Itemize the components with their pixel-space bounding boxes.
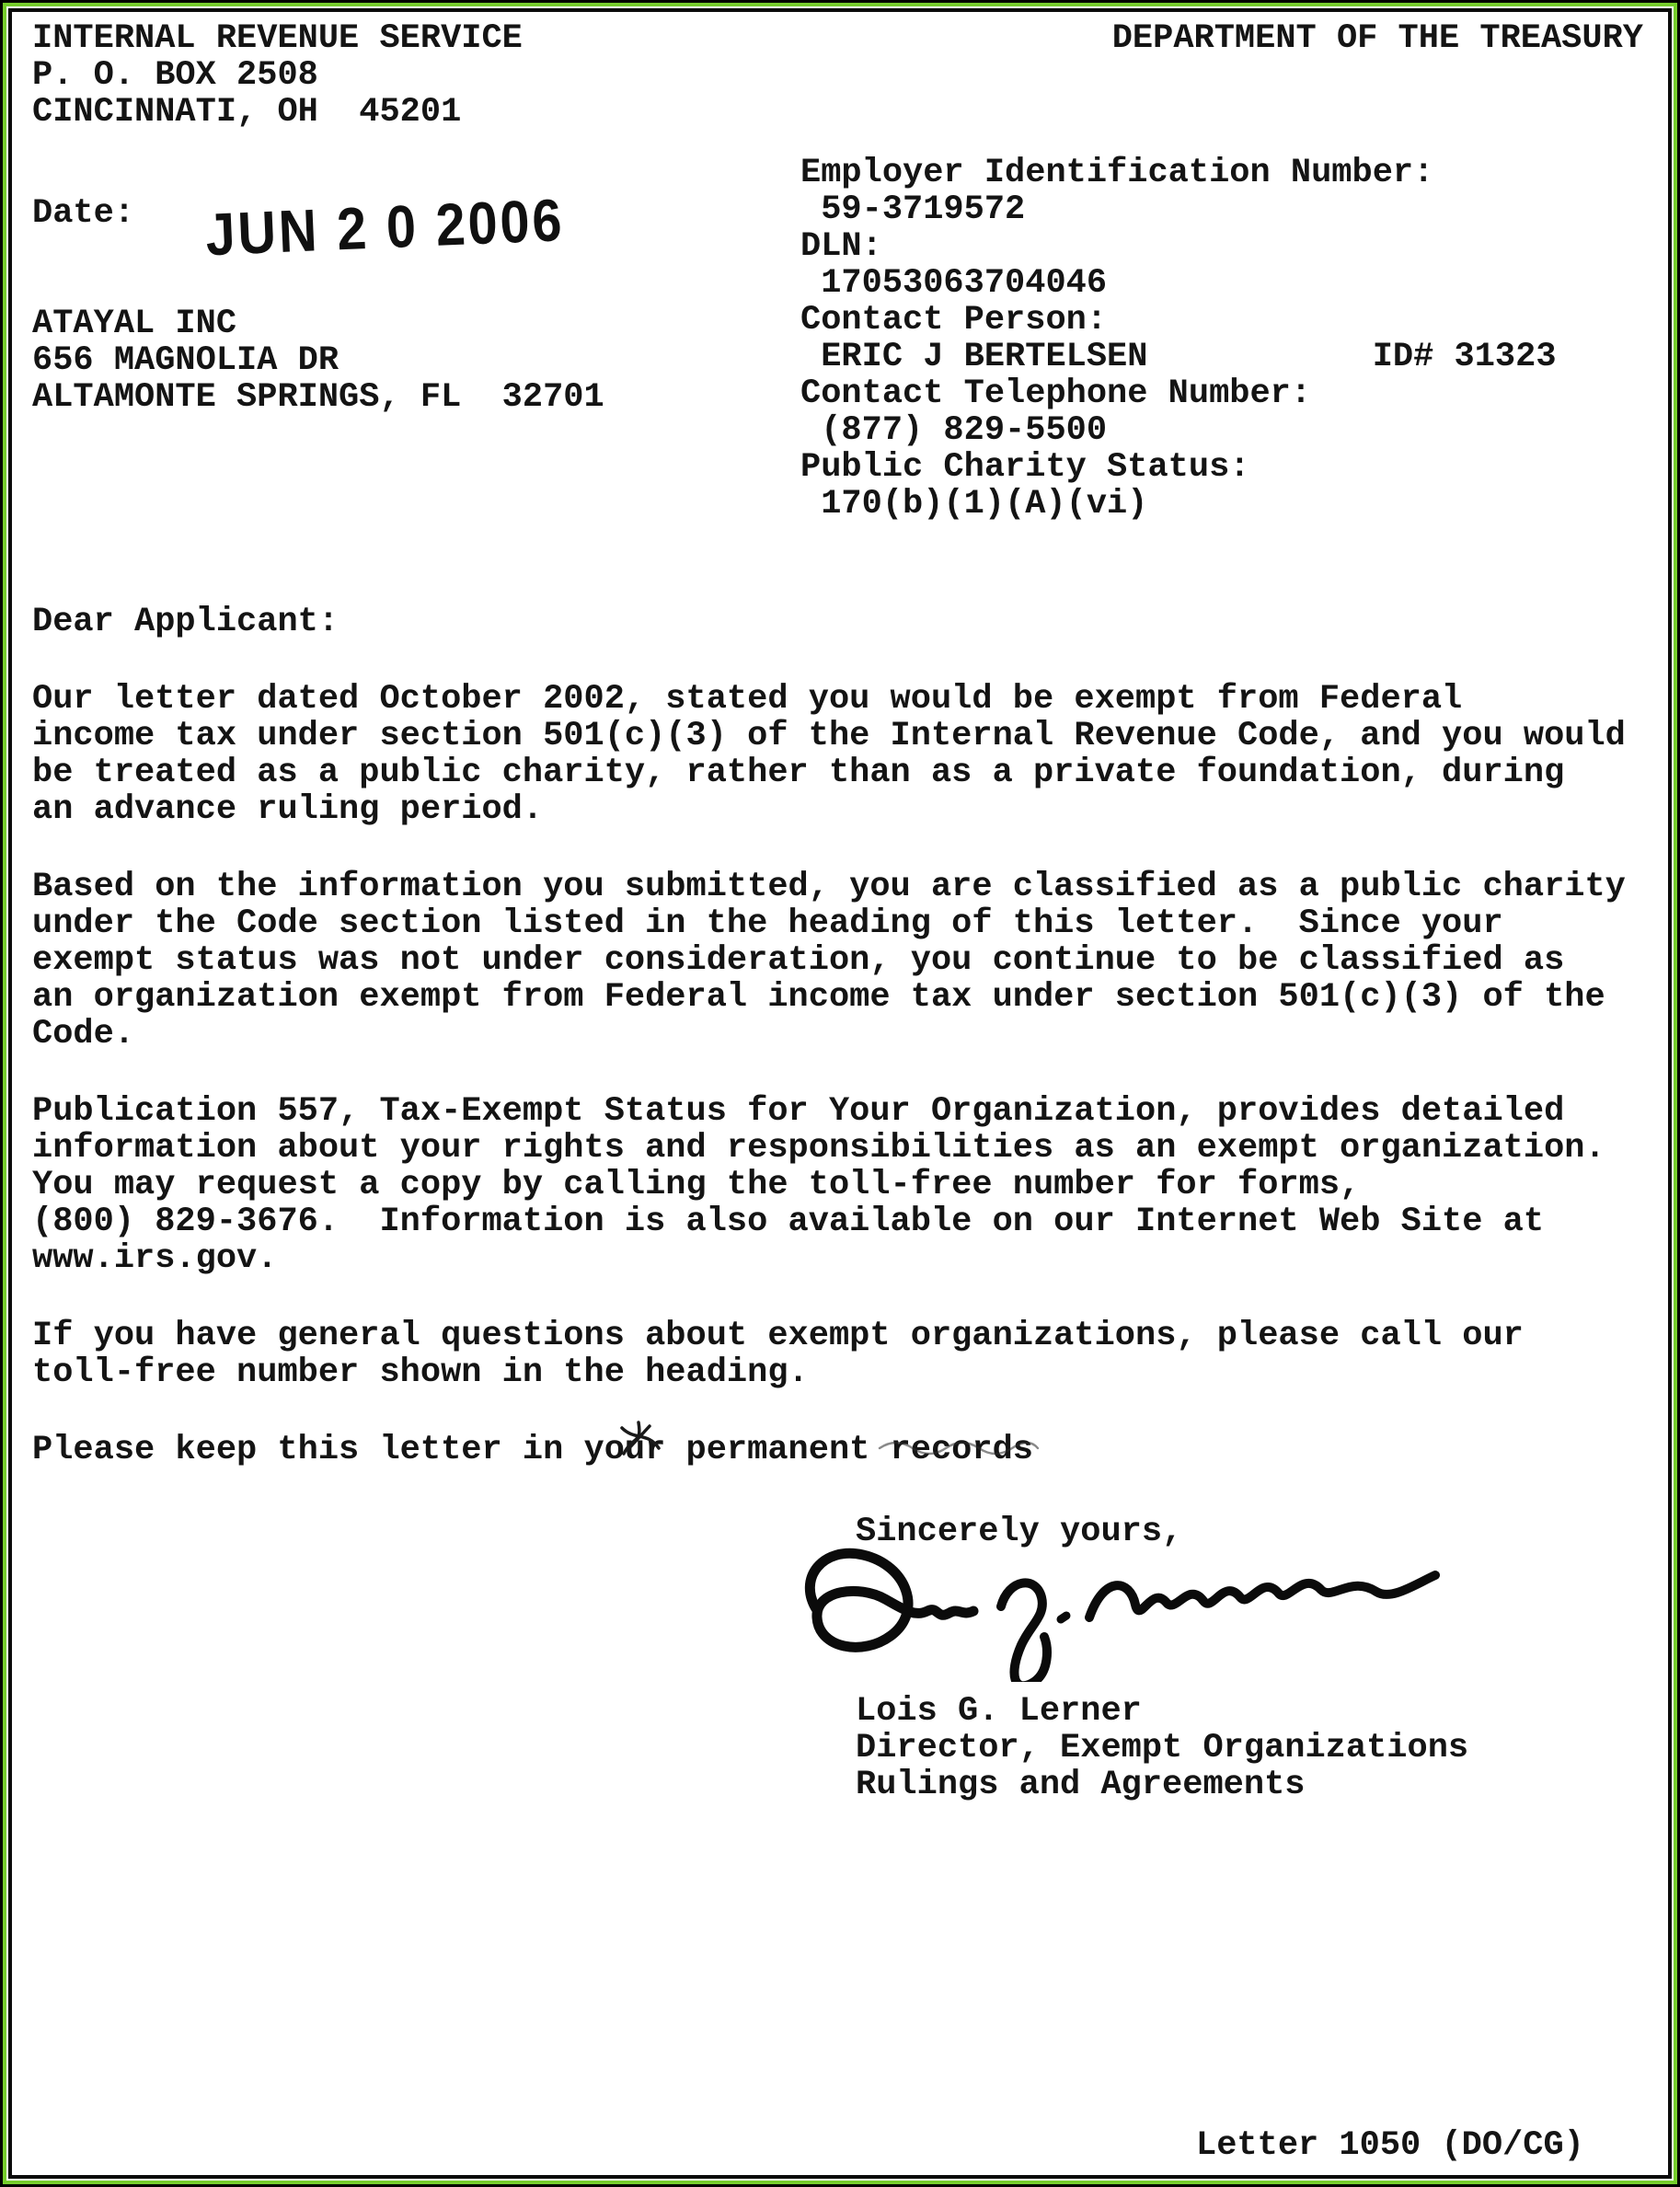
recipient-address: ATAYAL INC 656 MAGNOLIA DR ALTAMONTE SPR…: [32, 305, 604, 416]
salutation: Dear Applicant:: [32, 604, 1626, 640]
letter-body: Dear Applicant: Our letter dated October…: [32, 604, 1626, 1509]
body-paragraph: If you have general questions about exem…: [32, 1318, 1626, 1391]
signature-lois-g-lerner: [780, 1520, 1446, 1682]
body-paragraph: Please keep this letter in your permanen…: [32, 1432, 1626, 1468]
body-paragraph: Publication 557, Tax-Exempt Status for Y…: [32, 1093, 1626, 1277]
body-paragraph: Our letter dated October 2002, stated yo…: [32, 681, 1626, 828]
date-stamp: JUN 2 0 2006: [204, 186, 566, 270]
body-paragraph: Based on the information you submitted, …: [32, 869, 1626, 1053]
department-header: DEPARTMENT OF THE TREASURY: [1112, 20, 1643, 57]
case-info-block: Employer Identification Number: 59-37195…: [800, 155, 1557, 523]
signer-name-title: Lois G. Lerner Director, Exempt Organiza…: [856, 1693, 1468, 1803]
letter-form-code: Letter 1050 (DO/CG): [1196, 2127, 1584, 2164]
sender-address: INTERNAL REVENUE SERVICE P. O. BOX 2508 …: [32, 20, 523, 131]
overstrike-scribble-icon: [615, 1415, 666, 1463]
date-label: Date:: [32, 195, 134, 232]
smudge-scribble-icon: [876, 1424, 1041, 1465]
scanned-irs-letter-page: INTERNAL REVENUE SERVICE P. O. BOX 2508 …: [0, 0, 1680, 2187]
